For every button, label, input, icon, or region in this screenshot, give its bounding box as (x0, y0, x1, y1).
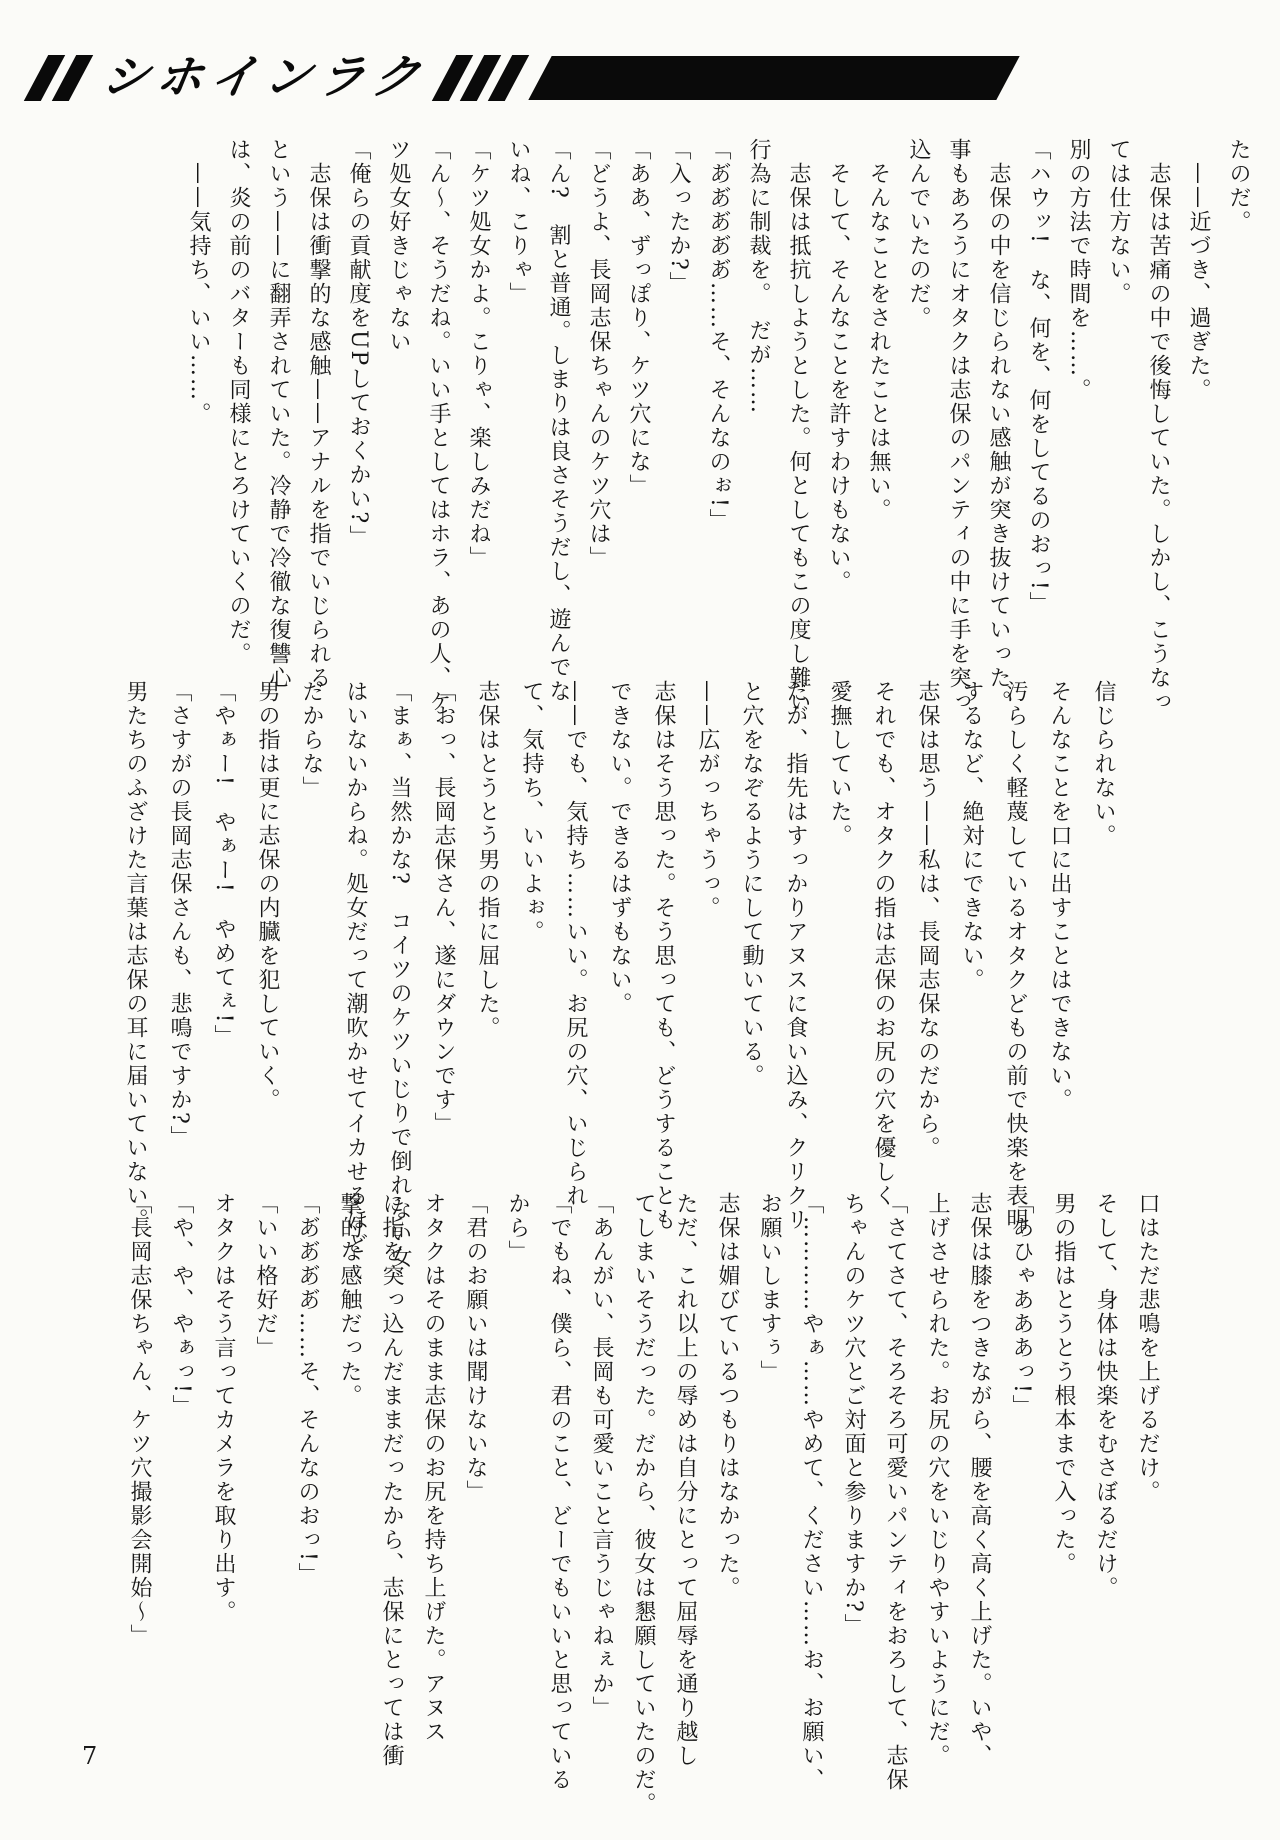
text-column: 「さてさて、そろそろ可愛いパンティをおろして、志保 (874, 1192, 916, 1840)
text-column: 「でもね、僕ら、君のこと、どーでもいいと思っている (538, 1192, 580, 1840)
text-column: 志保は媚びているつもりはなかった。 (706, 1192, 748, 1840)
text-band-bottom: 口はただ悲鳴を上げるだけ。そして、身体は快楽をむさぼるだけ。男の指はとうとう根本… (118, 1192, 1168, 1840)
text-column: お願いしますぅ」 (748, 1192, 790, 1840)
text-column: 「…………やぁ……やめて、ください……お、お願い、 (790, 1192, 832, 1840)
text-column: 上げさせられた。お尻の穴をいじりやすいようにだ。 (916, 1192, 958, 1840)
page-number: 7 (82, 1742, 97, 1770)
text-column: 口はただ悲鳴を上げるだけ。 (1126, 1192, 1168, 1840)
text-column: ちゃんのケツ穴とご対面と参りますか?」 (832, 1192, 874, 1840)
text-column: から」 (496, 1192, 538, 1840)
text-column: ただ、これ以上の辱めは自分にとって屈辱を通り越し (664, 1192, 706, 1840)
text-column: 撃的な感触だった。 (328, 1192, 370, 1840)
text-column: たのだ。 (1218, 138, 1258, 786)
logo-text: シホインラク (97, 52, 430, 104)
text-column: 「や、や、やぁっ!」 (160, 1192, 202, 1840)
text-column: 「長岡志保ちゃん、ケツ穴撮影会開始〜」 (118, 1192, 160, 1840)
text-column: 男の指はとうとう根本まで入った。 (1042, 1192, 1084, 1840)
text-column: 「あ゙あ゙あ゙あ゙……そ、そんなのおっ!」 (286, 1192, 328, 1840)
text-column: 「いい格好だ」 (244, 1192, 286, 1840)
text-column: 「あんがい、長岡も可愛いこと言うじゃねぇか」 (580, 1192, 622, 1840)
text-column: 「君のお願いは聞けないな」 (454, 1192, 496, 1840)
text-column: 志保は苦痛の中で後悔していた。しかし、こうなっ (1138, 138, 1178, 786)
text-column: 志保は膝をつきながら、腰を高く高く上げた。いや、 (958, 1192, 1000, 1840)
text-column: そして、身体は快楽をむさぼるだけ。 (1084, 1192, 1126, 1840)
text-column: てしまいそうだった。だから、彼女は懇願していたのだ。 (622, 1192, 664, 1840)
text-column: に指を突っ込んだままだったから、志保にとっては衝 (370, 1192, 412, 1840)
text-column: オタクはそう言ってカメラを取り出す。 (202, 1192, 244, 1840)
text-column: ——近づき、過ぎた。 (1178, 138, 1218, 786)
header-banner: シホインラク (36, 52, 1008, 104)
text-column: 「あひゃあああっ!」 (1000, 1192, 1042, 1840)
text-column: オタクはそのまま志保のお尻を持ち上げた。アヌス (412, 1192, 454, 1840)
banner-bar (528, 56, 1019, 100)
